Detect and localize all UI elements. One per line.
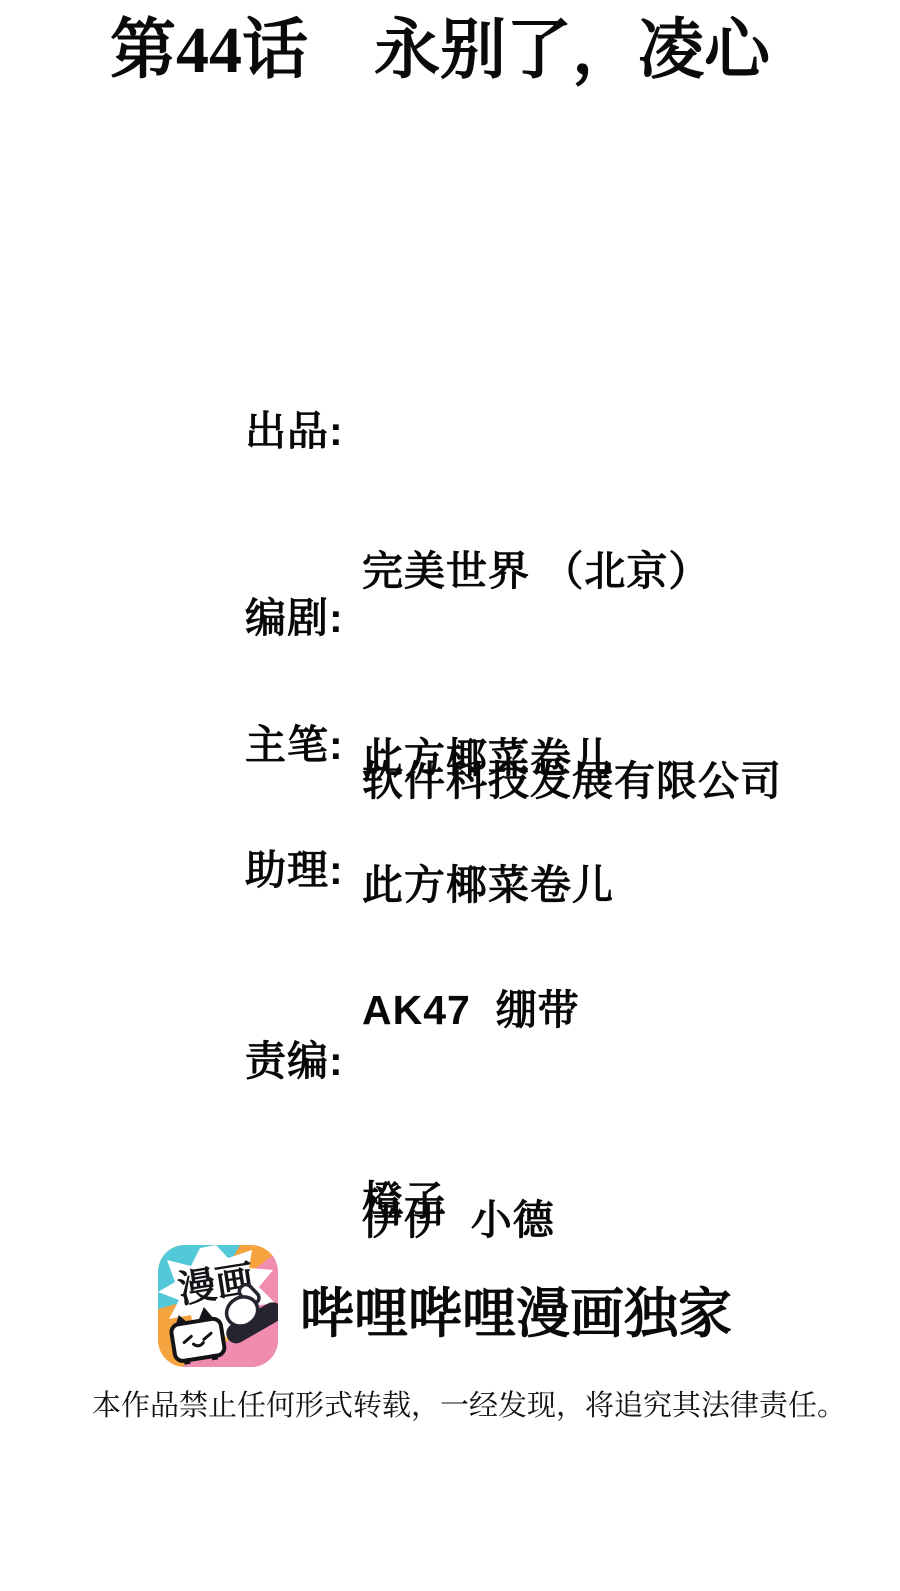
credit-row-editor: 责编: 橙子 bbox=[245, 1026, 446, 1446]
manga-credits-page: 第44话 永别了，凌心 出品: 完美世界 （北京） 软件科技发展有限公司 编剧:… bbox=[0, 0, 900, 1591]
brand-name: 哔哩哔哩漫画独家 bbox=[300, 1287, 732, 1341]
bilibili-manga-logo-icon: 漫画 bbox=[158, 1245, 278, 1367]
chapter-title: 第44话 永别了，凌心 bbox=[110, 18, 770, 84]
copyright-disclaimer: 本作品禁止任何形式转载，一经发现，将追究其法律责任。 bbox=[92, 1386, 846, 1426]
brand-strip: 漫画 哔哩哔哩漫画独家 bbox=[158, 1245, 278, 1367]
credit-value: 橙子 bbox=[362, 1166, 446, 1236]
credit-label: 责编: bbox=[245, 1026, 362, 1446]
